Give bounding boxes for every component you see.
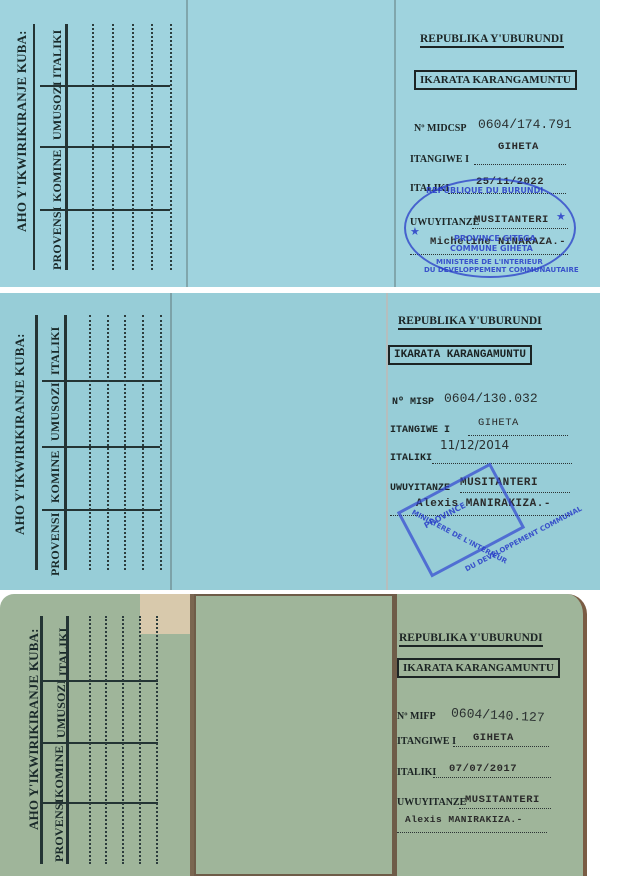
address-panel: AHO Y'IKWIRIKIRANJE KUBA: PROVENSI KOMIN… [0,293,172,590]
issuer-label: UWUYITANZE [397,797,466,808]
blank-panel [172,293,386,590]
column-komine: KOMINE [52,745,67,798]
address-panel-title: AHO Y'IKWIRIKIRANJE KUBA: [12,333,28,535]
card-title: IKARATA KARANGAMUNTU [397,658,560,678]
star-icon: ★ [556,210,566,223]
blank-panel [194,594,394,876]
number-value: 0604/140.127 [451,706,545,726]
column-provensi: PROVENSI [50,206,65,270]
address-panel: AHO Y'IKWIRIKIRANJE KUBA: PROVENSI KOMIN… [0,0,190,287]
column-provensi: PROVENSI [48,512,63,576]
issued-place: GIHETA [498,141,539,153]
issued-place: GIHETA [478,417,519,429]
id-card-2: AHO Y'IKWIRIKIRANJE KUBA: PROVENSI KOMIN… [0,293,600,590]
identity-panel: REPUBLIKA Y'UBURUNDI IKARATA KARANGAMUNT… [397,594,587,876]
identity-panel: REPUBLIKA Y'UBURUNDI IKARATA KARANGAMUNT… [396,0,600,287]
number-label: Nº MIFP [397,711,436,722]
date-label: ITALIKI [390,453,432,464]
issued-label: ITANGIWE I [410,154,469,165]
column-italiki: ITALIKI [48,326,63,375]
column-komine: KOMINE [48,450,63,503]
number-value: 0604/130.032 [444,391,538,406]
column-italiki: ITALIKI [50,29,65,78]
identity-panel: REPUBLIKA Y'UBURUNDI IKARATA KARANGAMUNT… [388,293,600,590]
republic-heading: REPUBLIKA Y'UBURUNDI [420,33,564,48]
date-value: 11/12/2014 [440,438,509,452]
number-label: Nº MIDCSP [414,123,466,134]
address-panel: AHO Y'IKWIRIKIRANJE KUBA: PROVENSI KOMIN… [0,594,190,876]
table-border [33,24,35,270]
date-label: ITALIKI [397,767,436,778]
column-umusozi: UMUSOZI [50,81,65,140]
column-komine: KOMINE [50,149,65,202]
issued-place: GIHETA [473,732,514,744]
card-title: IKARATA KARANGAMUNTU [414,70,577,90]
number-value: 0604/174.791 [478,117,572,132]
issuer-name: Alexis MANIRAKIZA.- [405,814,523,825]
id-card-3: AHO Y'IKWIRIKIRANJE KUBA: PROVENSI KOMIN… [0,594,590,876]
date-value: 07/07/2017 [449,763,517,775]
issued-label: ITANGIWE I [397,736,456,747]
id-card-1: AHO Y'IKWIRIKIRANJE KUBA: PROVENSI KOMIN… [0,0,600,287]
number-label: Nº MISP [392,397,434,408]
republic-heading: REPUBLIKA Y'UBURUNDI [398,315,542,330]
address-panel-title: AHO Y'IKWIRIKIRANJE KUBA: [14,30,30,232]
column-provensi: PROVENSI [52,798,67,862]
issuer-title: MUSITANTERI [465,794,540,806]
issued-label: ITANGIWE I [390,425,450,436]
column-umusozi: UMUSOZI [48,382,63,441]
republic-heading: REPUBLIKA Y'UBURUNDI [399,632,543,647]
blank-panel [188,0,396,287]
card-title: IKARATA KARANGAMUNTU [388,345,532,365]
star-icon: ★ [410,225,420,238]
